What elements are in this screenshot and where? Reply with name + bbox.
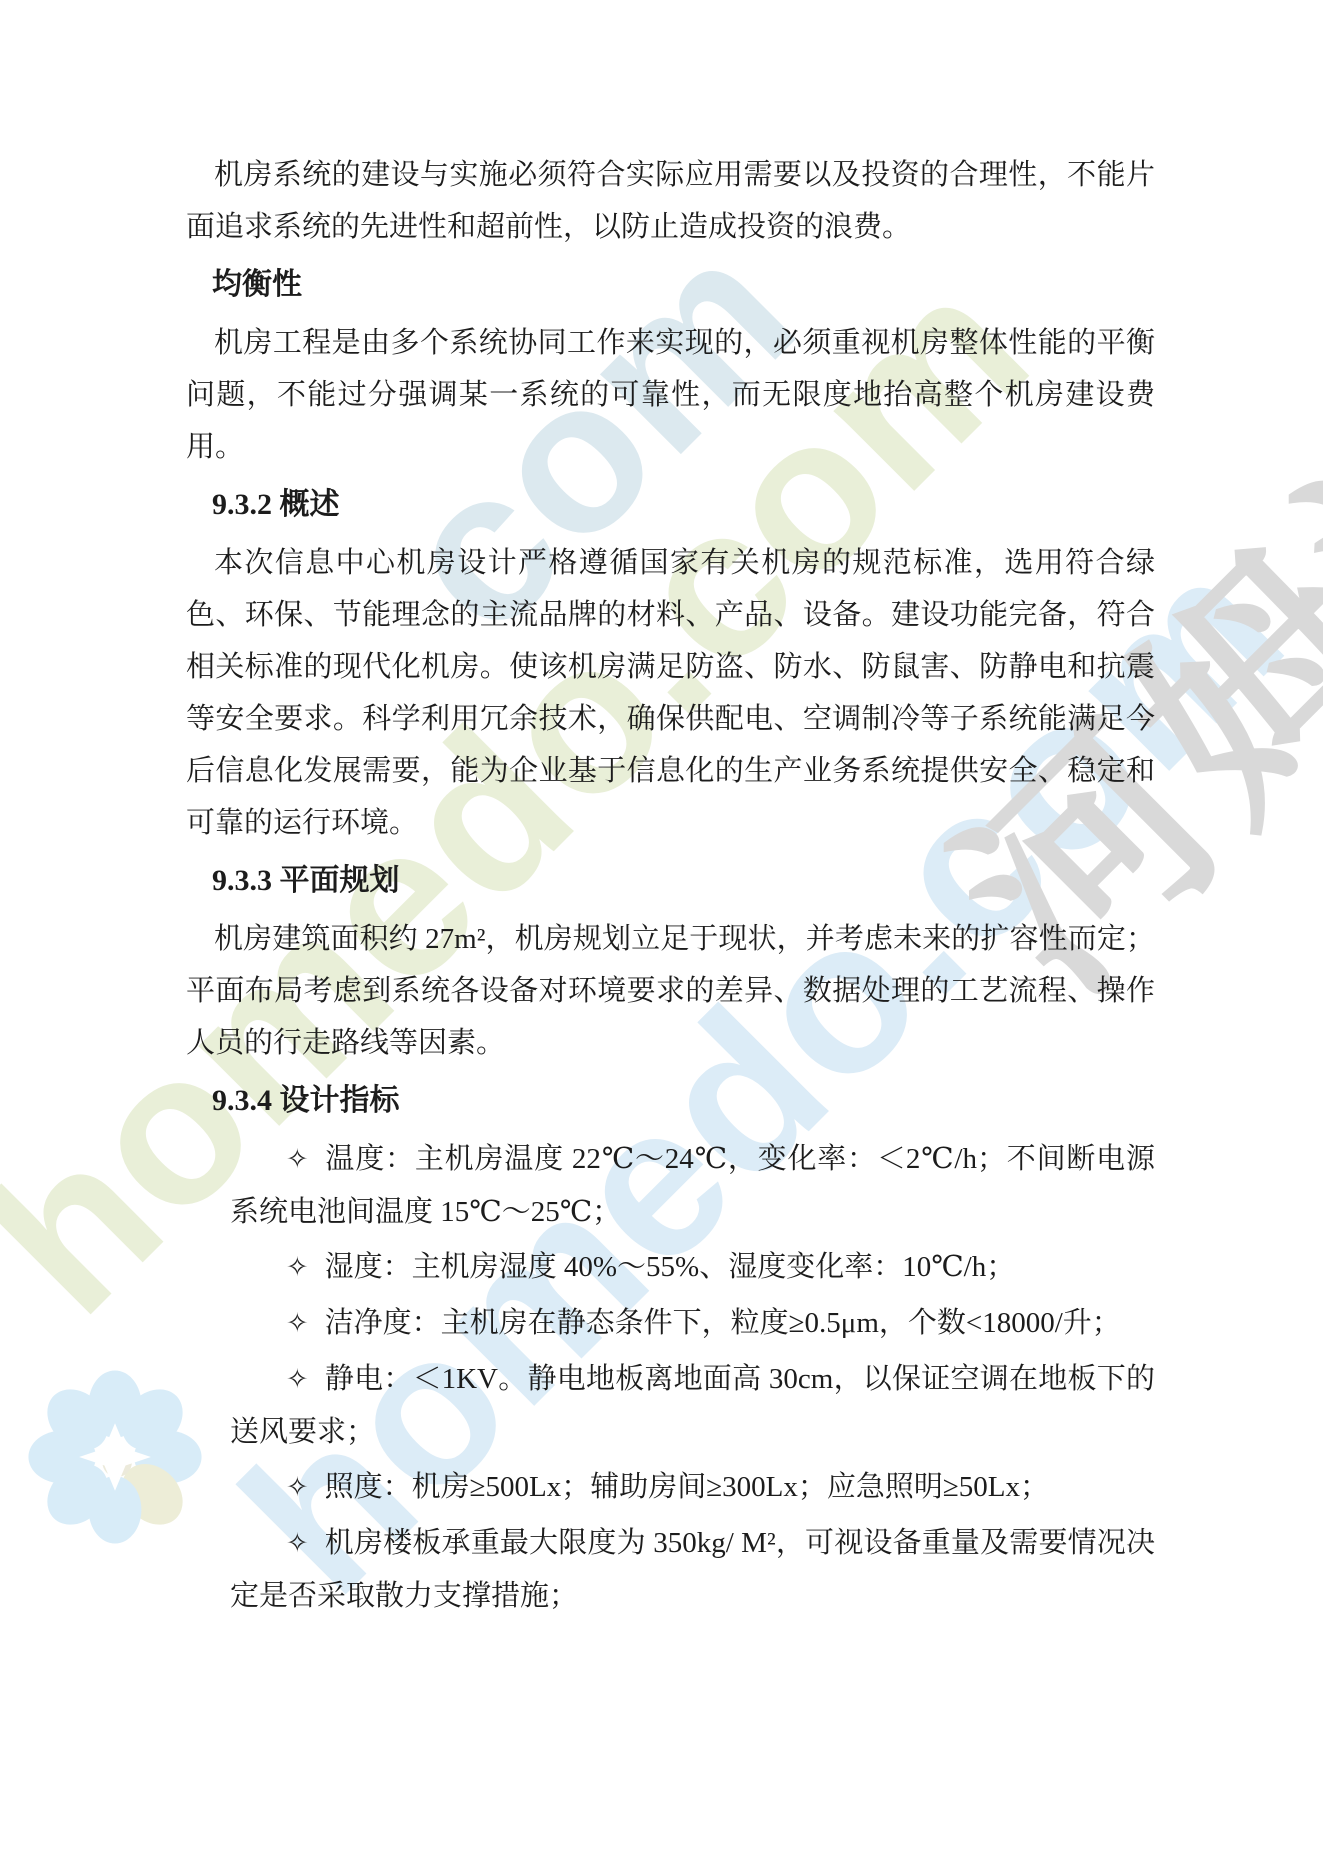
paragraph-overview-body: 本次信息中心机房设计严格遵循国家有关机房的规范标准，选用符合绿色、环保、节能理念… — [186, 537, 1155, 849]
bullet-illuminance: ✧照度：机房≥500Lx；辅助房间≥300Lx；应急照明≥50Lx； — [230, 1461, 1155, 1514]
heading-9-3-2-overview: 9.3.2 概述 — [212, 479, 1155, 531]
diamond-bullet-icon: ✧ — [286, 1298, 309, 1350]
bullet-static-electricity: ✧静电：＜1KV。静电地板离地面高 30cm，以保证空调在地板下的送风要求； — [230, 1353, 1155, 1458]
bullet-cleanliness: ✧洁净度：主机房在静态条件下，粒度≥0.5μm，个数<18000/升； — [230, 1297, 1155, 1350]
heading-9-3-3-floor-plan: 9.3.3 平面规划 — [212, 855, 1155, 907]
paragraph-overall-performance: 机房工程是由多个系统协同工作来实现的，必须重视机房整体性能的平衡问题，不能过分强… — [186, 317, 1155, 473]
heading-balance: 均衡性 — [212, 259, 1155, 311]
bullet-static-electricity-text: 静电：＜1KV。静电地板离地面高 30cm，以保证空调在地板下的送风要求； — [230, 1363, 1155, 1448]
bullet-temperature: ✧温度：主机房温度 22℃～24℃，变化率：＜2℃/h；不间断电源系统电池间温度… — [230, 1133, 1155, 1238]
bullet-floor-load: ✧机房楼板承重最大限度为 350kg/ M²，可视设备重量及需要情况决定是否采取… — [230, 1517, 1155, 1622]
bullet-humidity: ✧湿度：主机房湿度 40%～55%、湿度变化率：10℃/h； — [230, 1241, 1155, 1294]
bullet-floor-load-text: 机房楼板承重最大限度为 350kg/ M²，可视设备重量及需要情况决定是否采取散… — [230, 1527, 1155, 1612]
bullet-illuminance-text: 照度：机房≥500Lx；辅助房间≥300Lx；应急照明≥50Lx； — [325, 1471, 1049, 1503]
diamond-bullet-icon: ✧ — [286, 1242, 309, 1294]
document-page: homedo.com homedo.com com 河姆渡 机房系统的建设与实施… — [0, 0, 1323, 1871]
diamond-bullet-icon: ✧ — [286, 1462, 309, 1514]
diamond-bullet-icon: ✧ — [286, 1134, 309, 1186]
diamond-bullet-icon: ✧ — [286, 1518, 309, 1570]
bullet-cleanliness-text: 洁净度：主机房在静态条件下，粒度≥0.5μm，个数<18000/升； — [325, 1307, 1121, 1339]
document-content: 机房系统的建设与实施必须符合实际应用需要以及投资的合理性，不能片面追求系统的先进… — [186, 149, 1155, 1625]
paragraph-floor-plan-body: 机房建筑面积约 27m²，机房规划立足于现状，并考虑未来的扩容性而定；平面布局考… — [186, 913, 1155, 1069]
paragraph-investment-rationality: 机房系统的建设与实施必须符合实际应用需要以及投资的合理性，不能片面追求系统的先进… — [186, 149, 1155, 253]
heading-9-3-4-design-targets: 9.3.4 设计指标 — [212, 1075, 1155, 1127]
homedo-flower-icon — [20, 1362, 210, 1552]
bullet-humidity-text: 湿度：主机房湿度 40%～55%、湿度变化率：10℃/h； — [325, 1251, 1016, 1283]
bullet-temperature-text: 温度：主机房温度 22℃～24℃，变化率：＜2℃/h；不间断电源系统电池间温度 … — [230, 1143, 1155, 1228]
diamond-bullet-icon: ✧ — [286, 1354, 309, 1406]
